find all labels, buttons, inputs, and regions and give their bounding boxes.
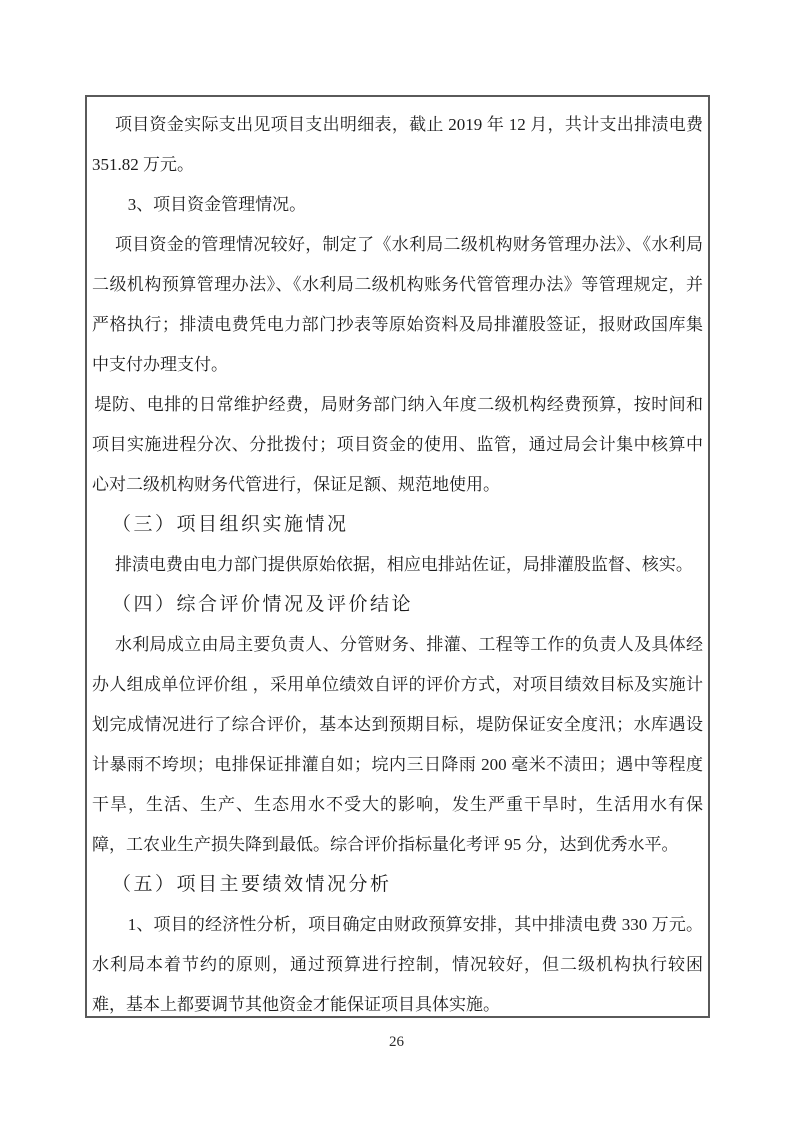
report-table-cell: 项目资金实际支出见项目支出明细表，截止 2019 年 12 月，共计支出排渍电费… — [85, 95, 710, 1018]
paragraph-economic-analysis: 1、项目的经济性分析，项目确定由财政预算安排，其中排渍电费 330 万元。水利局… — [92, 905, 703, 1018]
paragraph-funds-management-title: 3、项目资金管理情况。 — [92, 185, 703, 225]
page-number: 26 — [0, 1034, 793, 1051]
paragraph-drainage-fee-verification: 排渍电费由电力部门提供原始依据，相应电排站佐证，局排灌股监督、核实。 — [92, 545, 703, 585]
paragraph-funds-management-detail: 项目资金的管理情况较好，制定了《水利局二级机构财务管理办法》、《水利局二级机构预… — [92, 225, 703, 385]
section-heading-comprehensive-evaluation: （四）综合评价情况及评价结论 — [92, 585, 703, 625]
paragraph-maintenance-budget: 堤防、电排的日常维护经费，局财务部门纳入年度二级机构经费预算，按时间和项目实施进… — [92, 385, 703, 505]
section-heading-performance-analysis: （五）项目主要绩效情况分析 — [92, 865, 703, 905]
paragraph-actual-expenditure: 项目资金实际支出见项目支出明细表，截止 2019 年 12 月，共计支出排渍电费… — [92, 105, 703, 185]
section-heading-organization-implementation: （三）项目组织实施情况 — [92, 505, 703, 545]
paragraph-evaluation-detail: 水利局成立由局主要负责人、分管财务、排灌、工程等工作的负责人及具体经办人组成单位… — [92, 625, 703, 865]
document-page: 项目资金实际支出见项目支出明细表，截止 2019 年 12 月，共计支出排渍电费… — [0, 0, 793, 1122]
